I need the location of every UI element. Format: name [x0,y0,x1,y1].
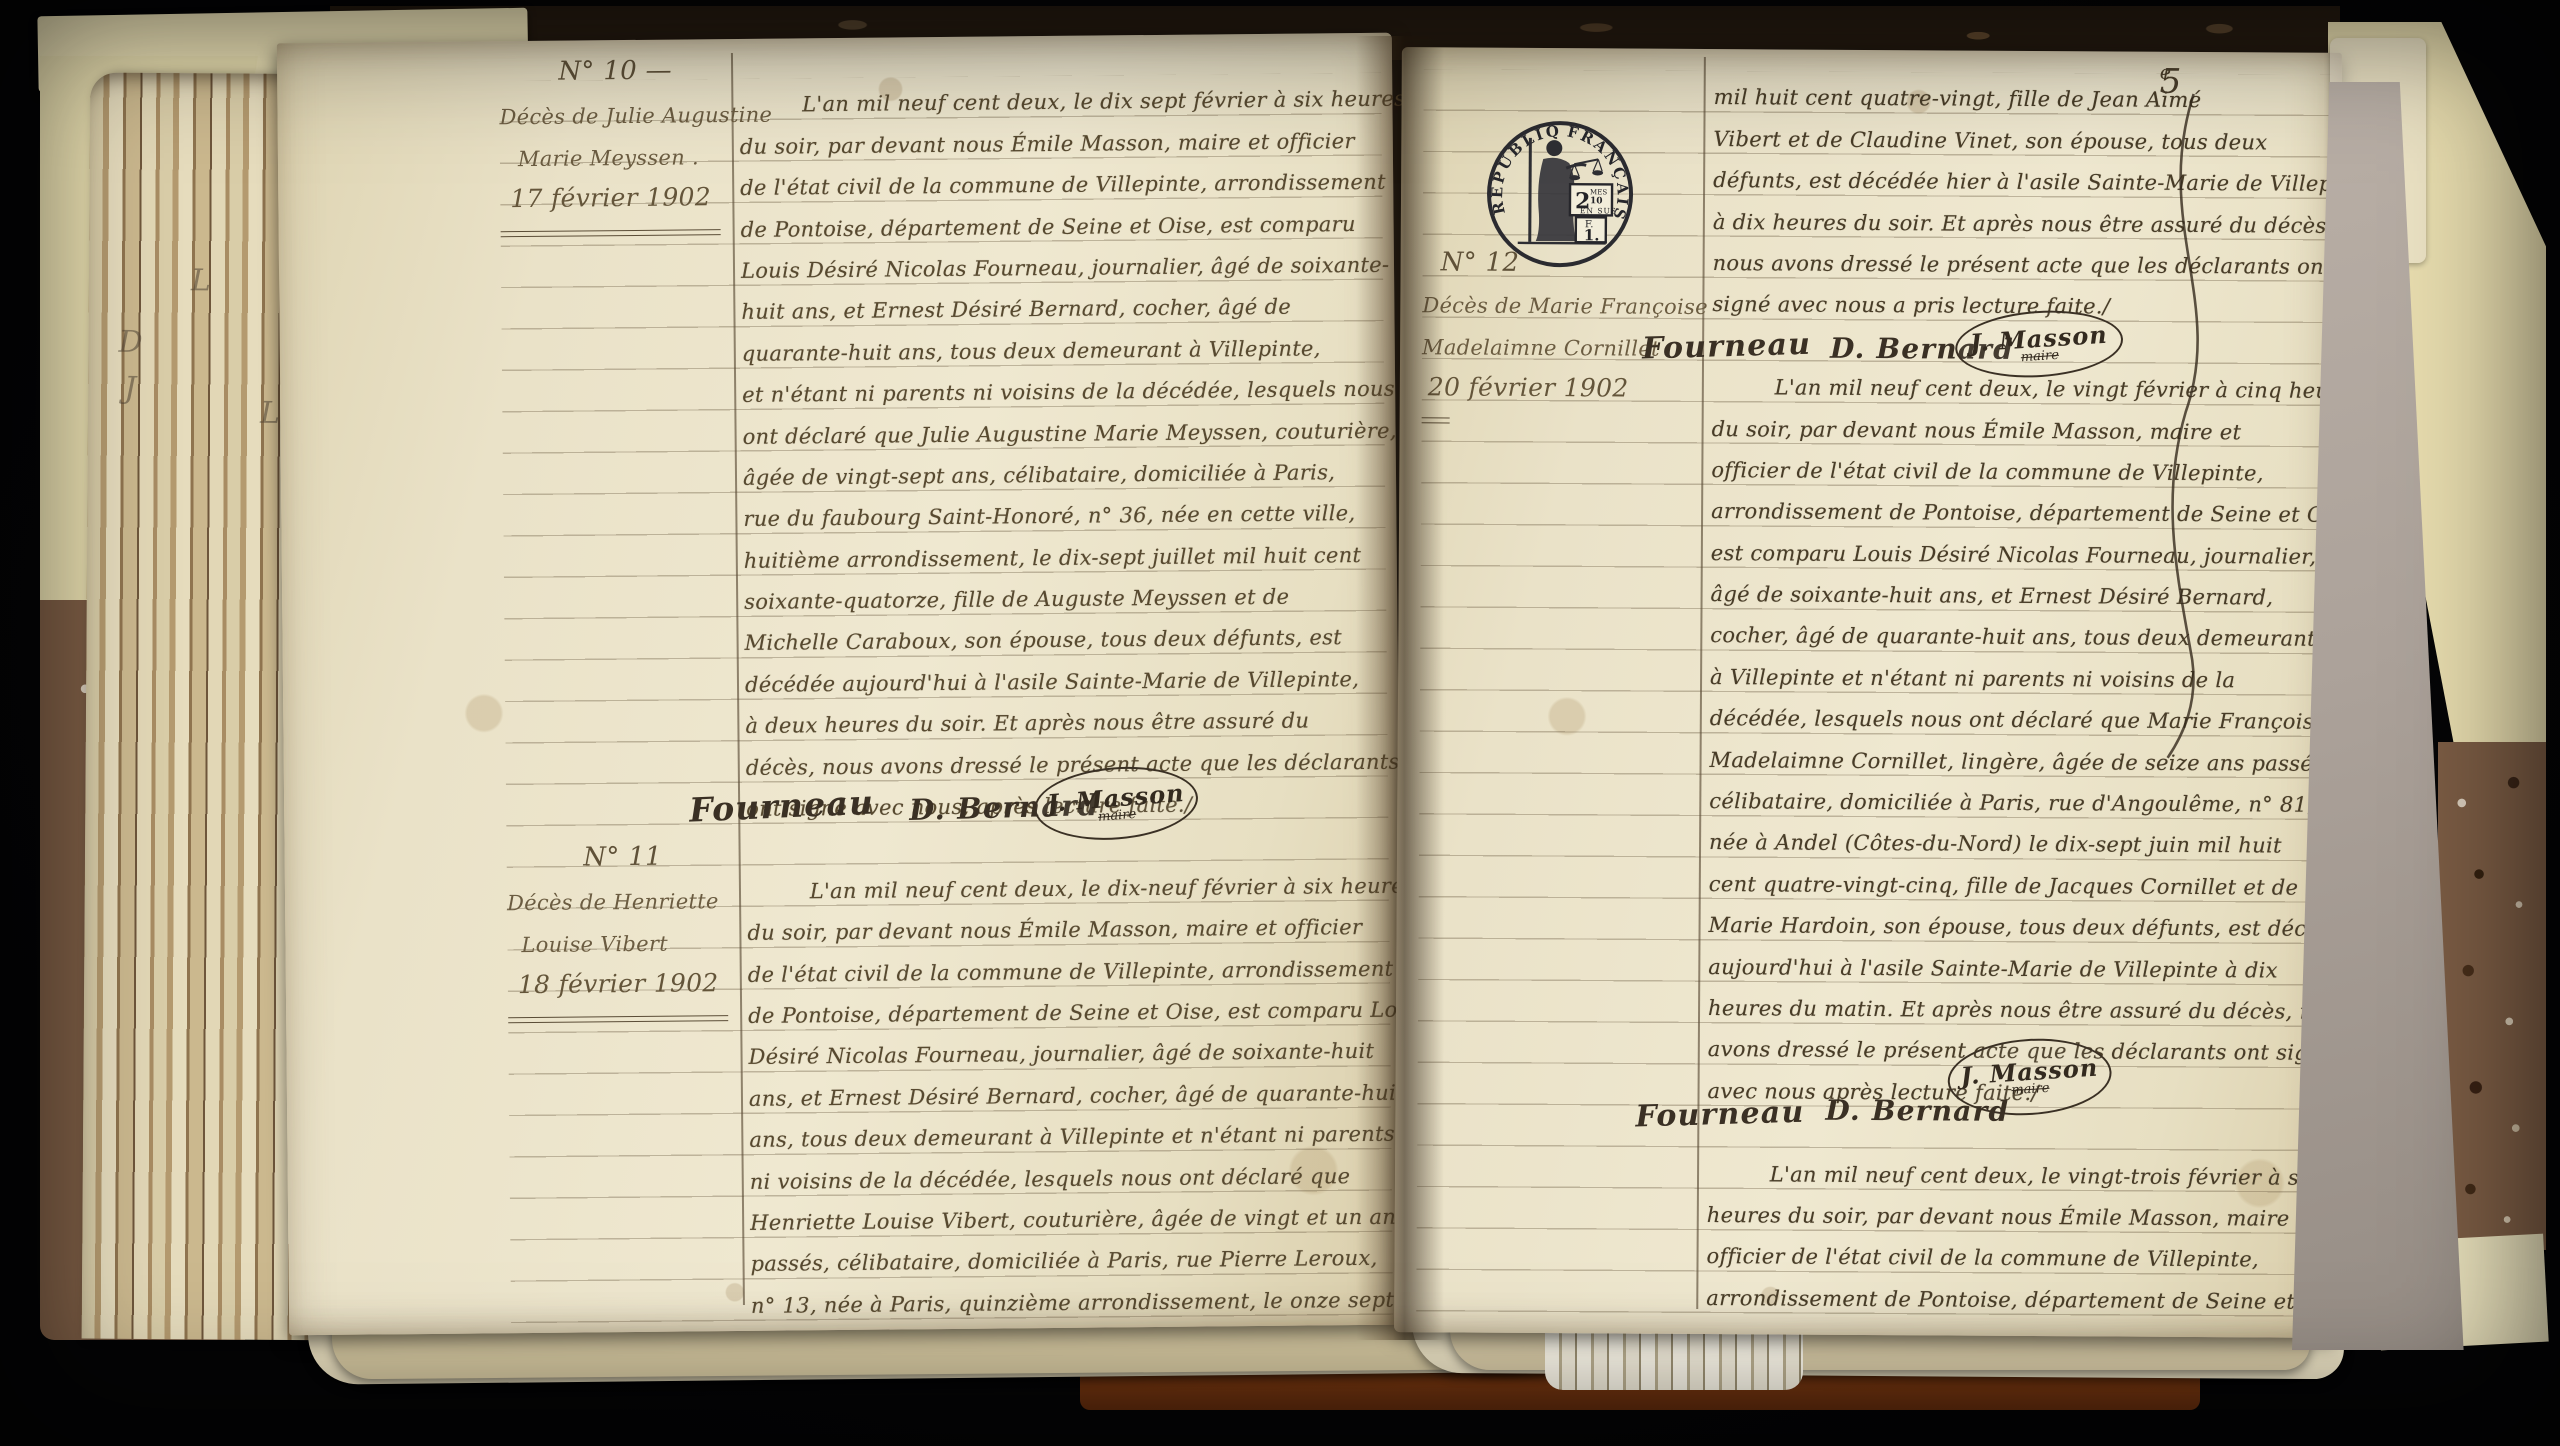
act-title-line: Marie Meyssen . [500,131,732,175]
handwritten-line: L'an mil neuf cent deux, le dix-neuf fév… [747,859,1392,907]
signature-bernard: D. Bernard [1825,1094,2009,1128]
handwritten-line: de Pontoise, département de Seine et Ois… [740,197,1385,245]
page-edge-ink-mark: J [124,371,136,406]
handwritten-line: n° 13, née à Paris, quinzième arrondisse… [751,1273,1396,1321]
handwritten-line: de Pontoise, département de Seine et Ois… [748,983,1393,1031]
act-title-line: Louise Vibert [507,917,739,961]
stamp-value-sub: EN SUS [1580,206,1617,215]
handwritten-line: huitième arrondissement, le dix-sept jui… [744,528,1389,576]
act-title-line: Décès de Julie Augustine [499,89,731,133]
act-date: 20 février 1902 [1422,363,1712,407]
page-edge-ink-mark: L [260,396,280,431]
handwritten-line: Louis Désiré Nicolas Fourneau, journalie… [741,238,1386,286]
act-title-line: Décès de Marie Françoise [1422,279,1712,323]
handwritten-line: L'an mil neuf cent deux, le dix sept fév… [739,73,1384,121]
handwritten-line: décédée aujourd'hui à l'asile Sainte-Mar… [745,652,1390,700]
act-number: N° 12 [1441,239,1561,282]
handwritten-line: de l'état civil de la commune de Villepi… [740,156,1385,204]
handwritten-line: passés, célibataire, domiciliée à Paris,… [750,1232,1395,1280]
left-page[interactable]: N° 10 — Décès de Julie Augustine Marie M… [277,33,1404,1336]
signature-fourneau: Fourneau [688,782,875,829]
handwritten-line: née à Andel (Côtes-du-Nord) le dix-sept … [1709,816,2335,861]
handwritten-line: heures du soir, par devant nous Émile Ma… [1707,1189,2333,1234]
signature-title-maire: maire [2011,1081,2050,1098]
handwritten-line: ont déclaré que Julie Augustine Marie Me… [742,404,1387,452]
handwritten-line: et n'étant ni parents ni voisins de la d… [742,362,1387,410]
stamp-value-num: 10 [1590,196,1603,206]
margin-entry-11: N° 11 Décès de Henriette Louise Vibert 1… [506,833,740,1023]
register-photograph: L D J L N° 10 — Décès de Julie Augustine… [0,0,2560,1446]
handwritten-line: ni voisins de la décédée, lesquels nous … [750,1149,1395,1197]
handwritten-line: quarante-huit ans, tous deux demeurant à… [742,321,1387,369]
handwritten-line: du soir, par devant nous Émile Masson, m… [740,114,1385,162]
handwritten-line: heures du matin. Et après nous être assu… [1708,982,2334,1027]
handwritten-line: Marie Hardoin, son épouse, tous deux déf… [1708,899,2334,944]
margin-entry-10: N° 10 — Décès de Julie Augustine Marie M… [499,47,733,237]
act-date: 18 février 1902 [508,959,740,1003]
signature-title-maire: maire [1098,807,1137,825]
handwritten-line: ans, et Ernest Désiré Bernard, cocher, â… [749,1066,1394,1114]
signature-fourneau: Fourneau [1642,327,1812,367]
handwritten-line: arrondissement de Pontoise, département … [1706,1271,2332,1316]
act-number: N° 11 [506,833,738,877]
handwritten-line: du soir, par devant nous Émile Masson, m… [747,901,1392,949]
handwritten-line: décès, nous avons dressé le présent acte… [746,735,1391,783]
handwritten-line: Désiré Nicolas Fourneau, journalier, âgé… [748,1025,1393,1073]
handwritten-line: rue du faubourg Saint-Honoré, n° 36, née… [743,487,1388,535]
act-date: 17 février 1902 [500,173,732,217]
pen-flourish [2097,81,2291,782]
act-number: N° 10 — [499,47,731,91]
act-title-line: Décès de Henriette [507,875,739,919]
handwritten-line: à deux heures du soir. Et après nous êtr… [745,694,1390,742]
handwritten-line: ans, tous deux demeurant à Villepinte et… [749,1107,1394,1155]
right-page[interactable]: 5e RÉPUBLIQUE FRANÇAISE [1394,47,2342,1338]
handwritten-line: officier de l'état civil de la commune d… [1706,1230,2332,1275]
signature-title-maire: maire [2020,348,2059,365]
handwritten-line: aujourd'hui à l'asile Sainte-Marie de Vi… [1708,940,2334,985]
handwritten-line: cent quatre-vingt-cinq, fille de Jacques… [1709,857,2335,902]
stamp-denomination: 1. [1584,226,1600,244]
page-edge-ink-mark: D [118,325,142,360]
margin-double-rule [1422,417,1450,423]
handwritten-line: de l'état civil de la commune de Villepi… [748,942,1393,990]
handwritten-line: âgée de vingt-sept ans, célibataire, dom… [743,445,1388,493]
handwritten-line: Henriette Louise Vibert, couturière, âgé… [750,1190,1395,1238]
handwritten-line: huit ans, et Ernest Désiré Bernard, coch… [741,280,1386,328]
handwritten-line: Michelle Caraboux, son épouse, tous deux… [744,611,1389,659]
handwritten-line: L'an mil neuf cent deux, le vingt-trois … [1707,1147,2333,1192]
left-page-body-text: L'an mil neuf cent deux, le dix sept fév… [739,73,1396,1321]
signature-fourneau: Fourneau [1635,1095,1805,1135]
page-edge-ink-mark: L [191,263,211,298]
handwritten-line: soixante-quatorze, fille de Auguste Meys… [744,569,1389,617]
stamp-value-unit: MES [1590,188,1607,196]
